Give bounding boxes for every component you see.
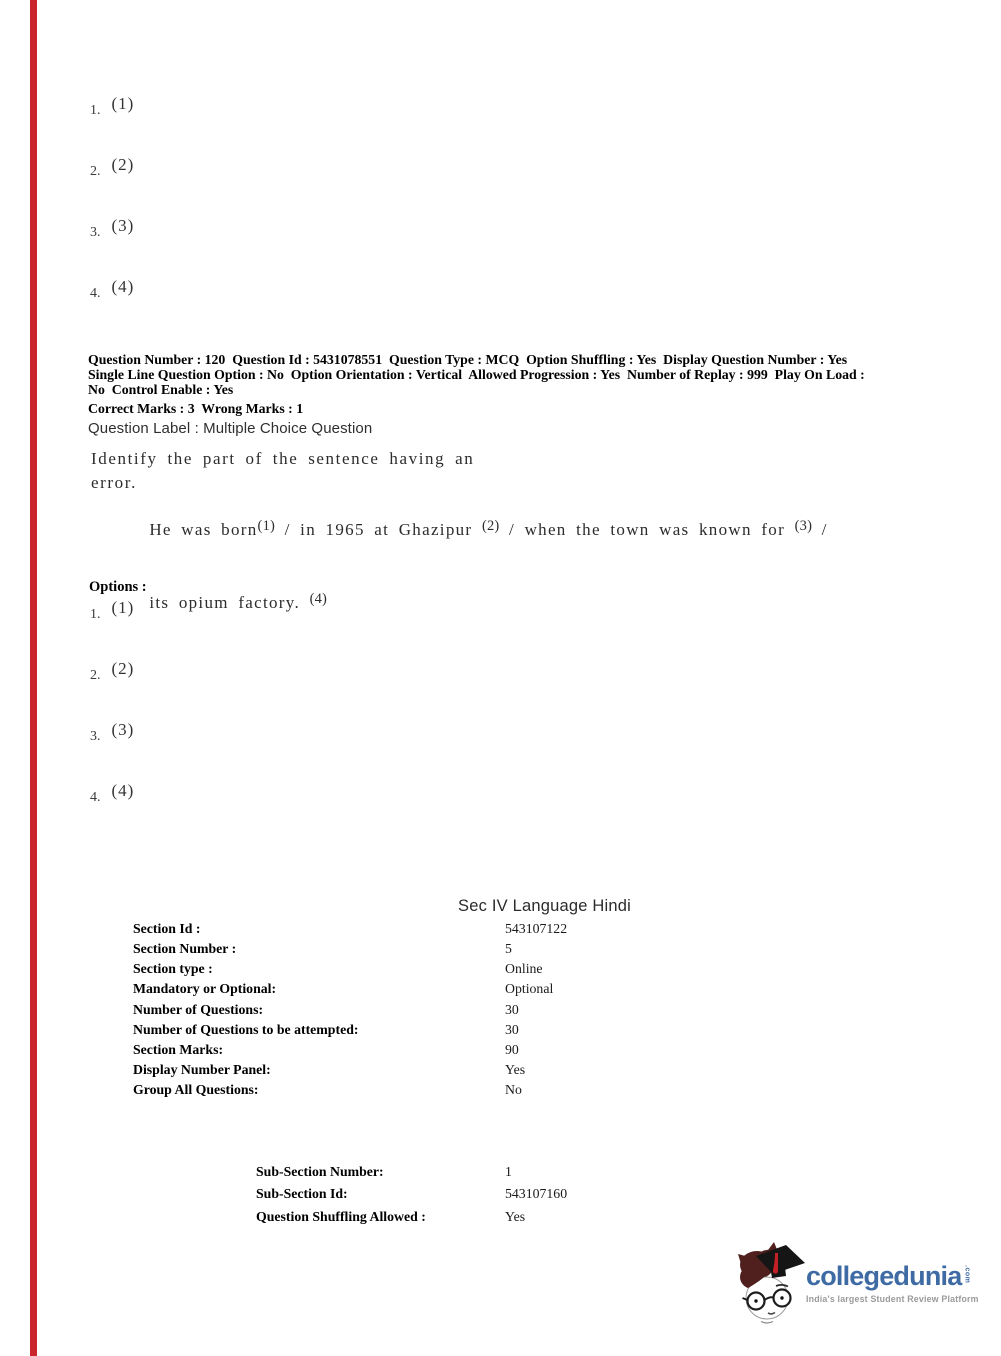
option-label: (2) — [112, 659, 135, 679]
table-row: Display Number Panel: Yes — [133, 1062, 873, 1082]
row-label: Display Number Panel: — [133, 1062, 505, 1078]
sentence-part-marker: (3) — [795, 518, 813, 534]
question-label-line: Question Label : Multiple Choice Questio… — [88, 420, 372, 437]
option-label: (3) — [112, 720, 135, 740]
table-row: Section Marks: 90 — [133, 1042, 873, 1062]
row-value: 543107160 — [505, 1186, 567, 1202]
question-sentence-line-1: He was born(1) / in 1965 at Ghazipur (2)… — [92, 500, 828, 560]
question-metadata-line: Single Line Question Option : No Option … — [88, 367, 938, 382]
option-number: 3. — [90, 729, 101, 745]
row-value: 30 — [505, 1002, 519, 1018]
option-label: (4) — [112, 781, 135, 801]
option-number: 1. — [90, 103, 101, 119]
row-label: Number of Questions: — [133, 1002, 505, 1018]
logo-tagline: India's largest Student Review Platform — [806, 1294, 979, 1304]
table-row: Question Shuffling Allowed : Yes — [256, 1209, 816, 1231]
row-value: 5 — [505, 941, 512, 957]
question-options-list: 1. (1) 2. (2) 3. (3) 4. (4) — [90, 598, 134, 842]
question-prompt-line: error. — [91, 471, 474, 495]
option-number: 4. — [90, 790, 101, 806]
question-metadata-line: Question Number : 120 Question Id : 5431… — [88, 352, 938, 367]
row-label: Section type : — [133, 961, 505, 977]
logo-tld: .com — [963, 1265, 970, 1283]
sentence-segment: its opium factory. — [149, 593, 309, 612]
option-row-2: 2. (2) — [90, 155, 134, 216]
option-label: (1) — [112, 598, 135, 618]
option-label: (2) — [112, 155, 135, 175]
option-number: 2. — [90, 668, 101, 684]
row-value: 90 — [505, 1042, 519, 1058]
row-value: 30 — [505, 1022, 519, 1038]
option-number: 1. — [90, 607, 101, 623]
previous-question-options-list: 1. (1) 2. (2) 3. (3) 4. (4) — [90, 94, 134, 338]
table-row: Section Number : 5 — [133, 941, 873, 961]
row-value: Online — [505, 961, 543, 977]
row-label: Section Marks: — [133, 1042, 505, 1058]
option-label: (4) — [112, 277, 135, 297]
sentence-part-marker: (1) — [258, 518, 276, 534]
table-row: Section type : Online — [133, 961, 873, 981]
option-row-4: 4. (4) — [90, 277, 134, 338]
sentence-segment: He was born — [149, 520, 257, 539]
row-label: Sub-Section Id: — [256, 1186, 505, 1202]
option-number: 2. — [90, 164, 101, 180]
question-prompt: Identify the part of the sentence having… — [91, 447, 474, 495]
table-row: Section Id : 543107122 — [133, 921, 873, 941]
question-marks-line: Correct Marks : 3 Wrong Marks : 1 — [88, 401, 303, 417]
option-row-3: 3. (3) — [90, 216, 134, 277]
table-row: Sub-Section Number: 1 — [256, 1164, 816, 1186]
question-sentence-line-2: its opium factory. (4) — [92, 573, 828, 633]
question-metadata-line: No Control Enable : Yes — [88, 382, 938, 397]
row-label: Number of Questions to be attempted: — [133, 1022, 505, 1038]
table-row: Mandatory or Optional: Optional — [133, 981, 873, 1001]
collegedunia-logo: collegedunia .com India's largest Studen… — [738, 1242, 979, 1327]
option-label: (3) — [112, 216, 135, 236]
option-row-2: 2. (2) — [90, 659, 134, 720]
row-label: Section Id : — [133, 921, 505, 937]
row-value: 1 — [505, 1164, 512, 1180]
row-value: Yes — [505, 1062, 525, 1078]
row-label: Mandatory or Optional: — [133, 981, 505, 997]
row-value: 543107122 — [505, 921, 567, 937]
row-value: No — [505, 1082, 522, 1098]
question-metadata: Question Number : 120 Question Id : 5431… — [88, 352, 938, 398]
logo-wordmark-row: collegedunia .com — [806, 1263, 979, 1290]
option-number: 4. — [90, 286, 101, 302]
row-label: Section Number : — [133, 941, 505, 957]
option-label: (1) — [112, 94, 135, 114]
left-margin-accent-bar — [30, 0, 37, 1356]
section-title: Sec IV Language Hindi — [458, 897, 631, 916]
table-row: Number of Questions: 30 — [133, 1002, 873, 1022]
row-label: Question Shuffling Allowed : — [256, 1209, 505, 1225]
row-value: Optional — [505, 981, 553, 997]
sentence-segment: / in 1965 at Ghazipur — [275, 520, 482, 539]
sentence-part-marker: (2) — [482, 518, 500, 534]
table-row: Number of Questions to be attempted: 30 — [133, 1022, 873, 1042]
section-details-table: Section Id : 543107122 Section Number : … — [133, 921, 873, 1102]
table-row: Group All Questions: No — [133, 1082, 873, 1102]
logo-wordmark: collegedunia — [806, 1263, 961, 1290]
table-row: Sub-Section Id: 543107160 — [256, 1186, 816, 1208]
option-number: 3. — [90, 225, 101, 241]
question-prompt-line: Identify the part of the sentence having… — [91, 447, 474, 471]
collegedunia-mascot-icon — [738, 1242, 806, 1327]
sentence-segment: / — [812, 520, 828, 539]
row-label: Sub-Section Number: — [256, 1164, 505, 1180]
option-row-3: 3. (3) — [90, 720, 134, 781]
options-heading: Options : — [89, 579, 147, 596]
question-sentence: He was born(1) / in 1965 at Ghazipur (2)… — [92, 500, 828, 633]
sentence-segment: / when the town was known for — [499, 520, 794, 539]
logo-text-block: collegedunia .com India's largest Studen… — [806, 1263, 979, 1304]
option-row-1: 1. (1) — [90, 94, 134, 155]
subsection-details-table: Sub-Section Number: 1 Sub-Section Id: 54… — [256, 1164, 816, 1231]
option-row-4: 4. (4) — [90, 781, 134, 842]
sentence-part-marker: (4) — [310, 591, 328, 607]
option-row-1: 1. (1) — [90, 598, 134, 659]
row-value: Yes — [505, 1209, 525, 1225]
row-label: Group All Questions: — [133, 1082, 505, 1098]
